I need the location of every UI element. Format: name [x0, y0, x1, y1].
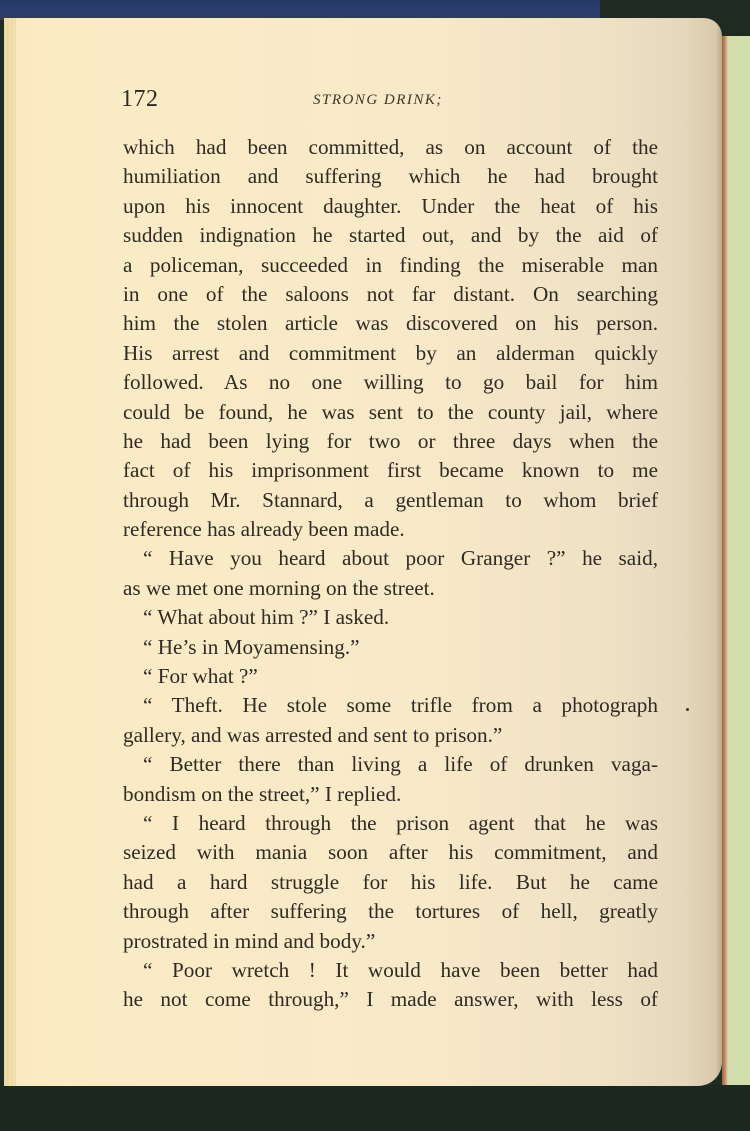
- text-line: “ I heard through the prison agent that …: [123, 809, 658, 838]
- page-stack-edge: [4, 18, 16, 1086]
- text-line: “ Have you heard about poor Granger ?” h…: [123, 544, 658, 573]
- book-cover-top-edge: [0, 0, 640, 20]
- text-line: “ Theft. He stole some trifle from a pho…: [123, 691, 658, 720]
- book-right-board: [722, 36, 750, 1086]
- text-line: a policeman, succeeded in finding the mi…: [123, 251, 658, 280]
- text-line: upon his innocent daughter. Under the he…: [123, 192, 658, 221]
- text-line: bondism on the street,” I replied.: [123, 780, 658, 809]
- text-line: he had been lying for two or three days …: [123, 427, 658, 456]
- text-line: “ Poor wretch ! It would have been bette…: [123, 956, 658, 985]
- text-line: in one of the saloons not far distant. O…: [123, 280, 658, 309]
- text-line: “ What about him ?” I asked.: [123, 603, 658, 632]
- text-line: reference has already been made.: [123, 515, 658, 544]
- text-line: had a hard struggle for his life. But he…: [123, 868, 658, 897]
- running-title: STRONG DRINK;: [313, 92, 443, 109]
- text-line: could be found, he was sent to the count…: [123, 398, 658, 427]
- text-line: gallery, and was arrested and sent to pr…: [123, 721, 658, 750]
- text-line: through after suffering the tortures of …: [123, 897, 658, 926]
- paper-speck: [686, 708, 689, 711]
- text-line: followed. As no one willing to go bail f…: [123, 368, 658, 397]
- text-line: “ For what ?”: [123, 662, 658, 691]
- text-line: His arrest and commitment by an alderman…: [123, 339, 658, 368]
- text-line: him the stolen article was discovered on…: [123, 309, 658, 338]
- text-line: fact of his imprisonment first became kn…: [123, 456, 658, 485]
- background-bottom: [0, 1085, 750, 1131]
- text-line: prostrated in mind and body.”: [123, 927, 658, 956]
- text-line: humiliation and suffering which he had b…: [123, 162, 658, 191]
- text-line: through Mr. Stannard, a gentleman to who…: [123, 486, 658, 515]
- text-line: sudden indignation he started out, and b…: [123, 221, 658, 250]
- text-line: he not come through,” I made answer, wit…: [123, 985, 658, 1014]
- text-line: which had been committed, as on account …: [123, 133, 658, 162]
- text-line: as we met one morning on the street.: [123, 574, 658, 603]
- running-header: 172 STRONG DRINK;: [121, 86, 661, 122]
- page-number: 172: [121, 86, 159, 113]
- text-line: “ Better there than living a life of dru…: [123, 750, 658, 779]
- page-body-text: which had been committed, as on account …: [123, 133, 658, 1015]
- text-line: “ He’s in Moyamensing.”: [123, 633, 658, 662]
- text-line: seized with mania soon after his commitm…: [123, 838, 658, 867]
